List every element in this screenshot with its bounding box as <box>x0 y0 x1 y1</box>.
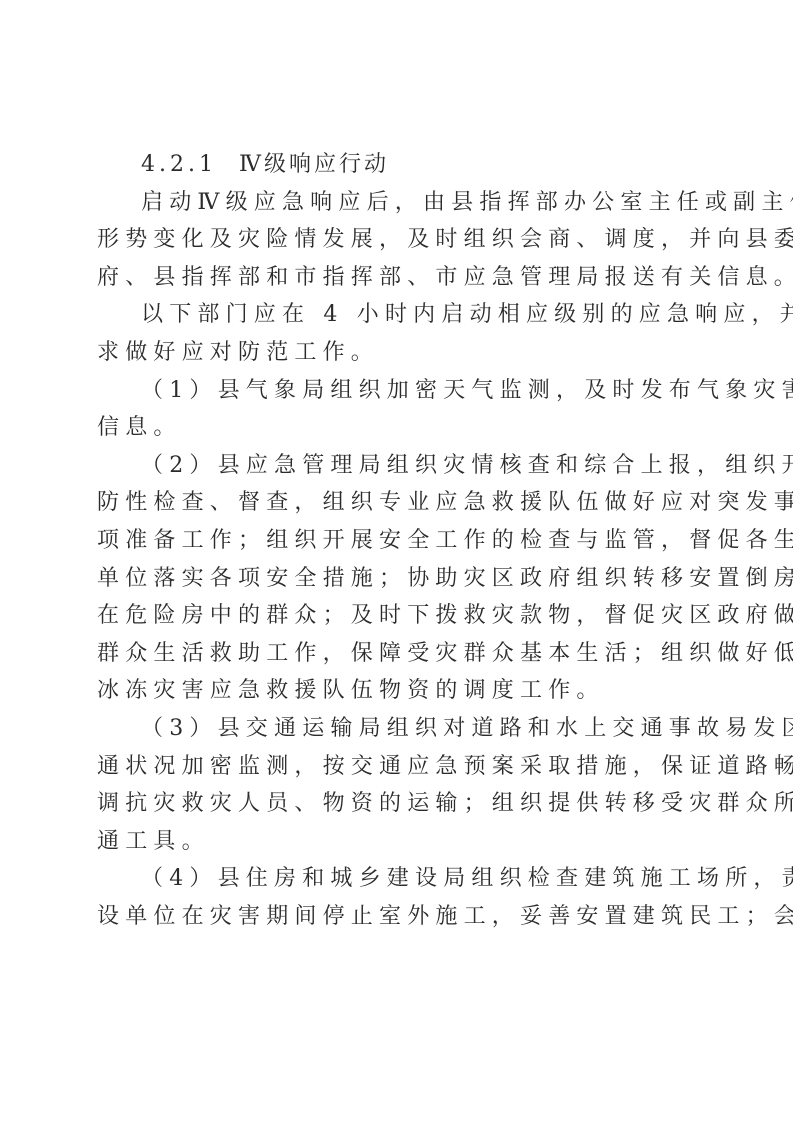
document-page: 4.2.1Ⅳ级响应行动 启动Ⅳ级应急响应后，由县指挥部办公室主任或副主任根据 形… <box>0 0 793 1122</box>
document-body: 4.2.1Ⅳ级响应行动 启动Ⅳ级应急响应后，由县指挥部办公室主任或副主任根据 形… <box>97 146 681 935</box>
paragraph-item-3-transport: （3）县交通运输局组织对道路和水上交通事故易发区域交 通状况加密监测，按交通应急… <box>97 710 681 860</box>
paragraph-line: 通状况加密监测，按交通应急预案采取措施，保证道路畅通；协 <box>97 748 681 786</box>
paragraph-line: 信息。 <box>97 409 681 447</box>
section-number: 4.2.1 <box>141 152 217 177</box>
paragraph-item-4-housing-construction: （4）县住房和城乡建设局组织检查建筑施工场所，责成建 设单位在灾害期间停止室外施… <box>97 860 681 935</box>
paragraph-line: 单位落实各项安全措施；协助灾区政府组织转移安置倒房和居住 <box>97 560 681 598</box>
paragraph-item-1-weather: （1）县气象局组织加密天气监测，及时发布气象灾害预警 信息。 <box>97 372 681 447</box>
paragraph-line: 通工具。 <box>97 823 681 861</box>
paragraph-line: 项准备工作；组织开展安全工作的检查与监管，督促各生产经营 <box>97 522 681 560</box>
paragraph-line: （3）县交通运输局组织对道路和水上交通事故易发区域交 <box>97 710 681 748</box>
paragraph-item-2-emergency-management: （2）县应急管理局组织灾情核查和综合上报，组织开展预 防性检查、督查，组织专业应… <box>97 447 681 710</box>
paragraph-line: 冰冻灾害应急救援队伍物资的调度工作。 <box>97 672 681 710</box>
paragraph-line: 求做好应对防范工作。 <box>97 334 681 372</box>
paragraph-line: （4）县住房和城乡建设局组织检查建筑施工场所，责成建 <box>97 860 681 898</box>
section-heading: 4.2.1Ⅳ级响应行动 <box>97 146 681 184</box>
paragraph-line: （1）县气象局组织加密天气监测，及时发布气象灾害预警 <box>97 372 681 410</box>
paragraph-line: 形势变化及灾险情发展，及时组织会商、调度，并向县委、县政 <box>97 221 681 259</box>
paragraph-departments-intro: 以下部门应在 4 小时内启动相应级别的应急响应，并按照要 求做好应对防范工作。 <box>97 296 681 371</box>
paragraph-line: 以下部门应在 4 小时内启动相应级别的应急响应，并按照要 <box>97 296 681 334</box>
paragraph-line: 府、县指挥部和市指挥部、市应急管理局报送有关信息。 <box>97 259 681 297</box>
section-title: Ⅳ级响应行动 <box>239 152 389 177</box>
paragraph-line: 设单位在灾害期间停止室外施工，妥善安置建筑民工；会同县商 <box>97 898 681 936</box>
paragraph-line: （2）县应急管理局组织灾情核查和综合上报，组织开展预 <box>97 447 681 485</box>
paragraph-line: 调抗灾救灾人员、物资的运输；组织提供转移受灾群众所需的交 <box>97 785 681 823</box>
paragraph-line: 在危险房中的群众；及时下拨救灾款物，督促灾区政府做好受灾 <box>97 597 681 635</box>
paragraph-response-start: 启动Ⅳ级应急响应后，由县指挥部办公室主任或副主任根据 形势变化及灾险情发展，及时… <box>97 184 681 297</box>
scan-speck <box>573 874 575 876</box>
paragraph-line: 防性检查、督查，组织专业应急救援队伍做好应对突发事件的各 <box>97 484 681 522</box>
paragraph-line: 群众生活救助工作，保障受灾群众基本生活；组织做好低温雨雪 <box>97 635 681 673</box>
paragraph-line: 启动Ⅳ级应急响应后，由县指挥部办公室主任或副主任根据 <box>97 184 681 222</box>
